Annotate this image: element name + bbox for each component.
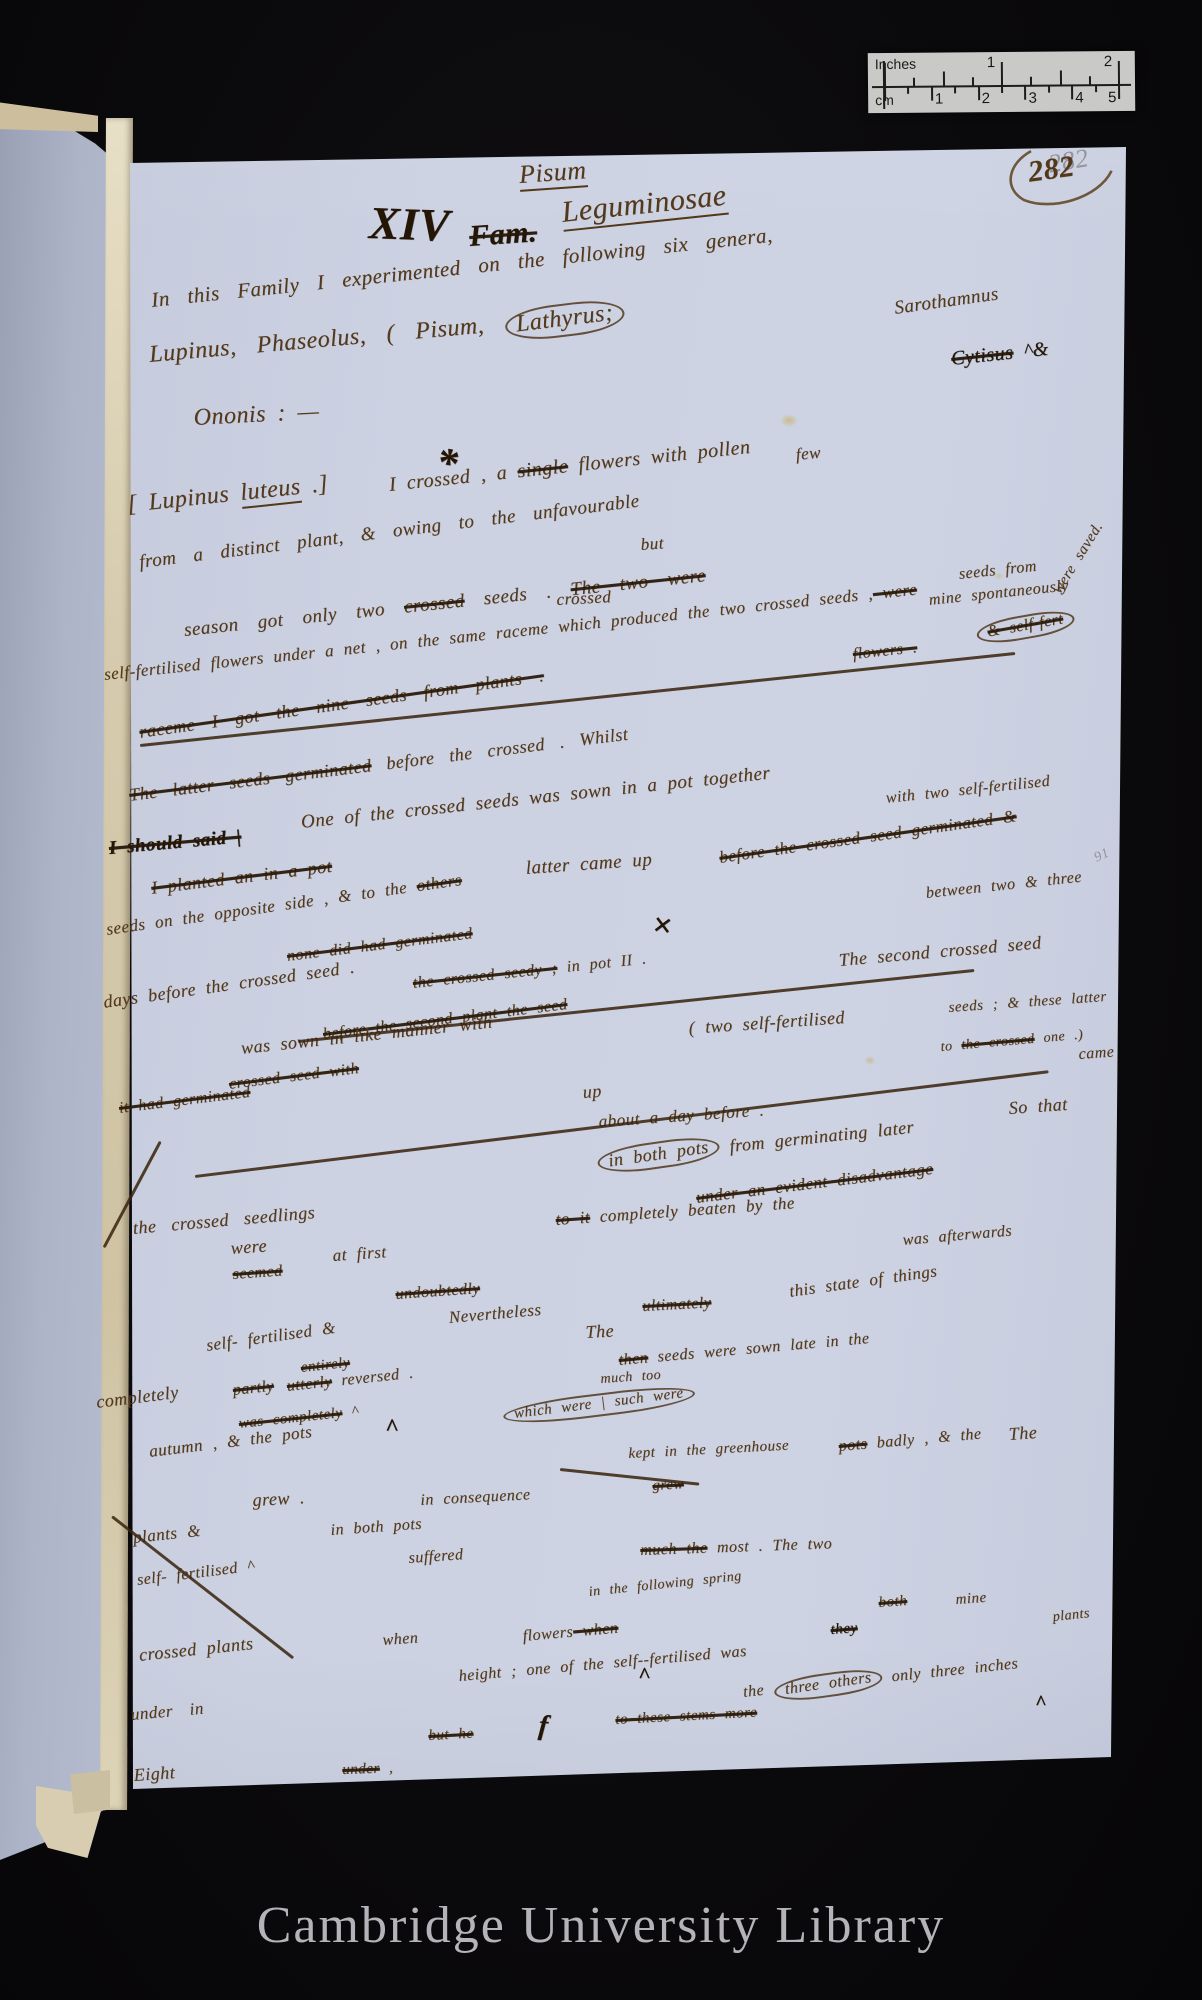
manuscript-line: the three others only three inches (742, 1653, 1020, 1706)
manuscript-line: Nevertheless (448, 1300, 542, 1328)
manuscript-line: [ Lupinus luteus .] (126, 471, 330, 519)
manuscript-line: under in (130, 1699, 205, 1725)
manuscript-text-segment: the (742, 1681, 774, 1701)
manuscript-text-segment: ultimately (642, 1294, 712, 1315)
manuscript-text-segment: Lupinus, Phaseolus, ( Pisum, (148, 311, 505, 368)
manuscript-line: height ; one of the self--fertilised was (458, 1643, 748, 1686)
ink-strike-stroke (298, 969, 975, 1043)
manuscript-text-segment: badly , & the (867, 1426, 983, 1453)
ruler-cm-tick (1024, 86, 1026, 100)
manuscript-text-segment: flowers . (852, 639, 918, 663)
manuscript-text-segment: the crossed seedlings (132, 1202, 316, 1238)
ruler-inch-tick (1030, 77, 1032, 86)
handwriting-layer: PisumXIVFam.LeguminosaeIn this Family I … (0, 0, 1202, 2000)
ruler-inches-label: Inches (875, 56, 916, 72)
manuscript-line: Eight (133, 1762, 176, 1786)
manuscript-text-segment: plants (1052, 1606, 1091, 1625)
manuscript-text-segment: seemed (232, 1263, 283, 1283)
manuscript-line: Ononis : — (193, 398, 320, 432)
manuscript-text-segment: crossed (403, 591, 466, 618)
manuscript-text-segment: mine (955, 1590, 987, 1608)
ruler-inch-tick (1059, 70, 1061, 85)
ruler-cm-tick (931, 87, 933, 101)
manuscript-text-segment: before the crossed . Whilst (370, 724, 629, 775)
manuscript-text-segment: which were | such were (502, 1382, 696, 1428)
manuscript-text-segment: ^ (1035, 1692, 1047, 1714)
manuscript-text-segment: partly (232, 1378, 275, 1399)
manuscript-line: mine (955, 1590, 987, 1609)
manuscript-text-segment: ^ (341, 1403, 359, 1421)
manuscript-text-segment: luteus (239, 474, 302, 509)
manuscript-text-segment: crossed plants (138, 1633, 254, 1665)
manuscript-line: autumn , & the pots (148, 1422, 313, 1462)
ruler-cm-tick (1048, 86, 1050, 93)
manuscript-text-segment: undoubtedly (395, 1280, 481, 1303)
manuscript-line: with two self-fertilised (885, 773, 1051, 808)
manuscript-line: few (795, 443, 822, 465)
manuscript-line: they (830, 1620, 858, 1639)
manuscript-text-segment: completely beaten by the (589, 1193, 795, 1226)
manuscript-text-segment: the crossed seedy ; (412, 960, 558, 992)
manuscript-text-segment: I should said | (108, 826, 242, 858)
manuscript-line: flowers when (522, 1620, 619, 1646)
manuscript-text-segment: season got only two (183, 597, 405, 641)
ruler-cm-number: 5 (1108, 89, 1116, 106)
ruler-cm-tick (907, 87, 909, 94)
manuscript-text-segment: were (872, 580, 918, 604)
manuscript-line: ultimately (642, 1294, 712, 1316)
manuscript-text-segment: The (585, 1321, 615, 1342)
manuscript-text-segment: × (650, 906, 675, 945)
manuscript-text-segment: 282 (1026, 150, 1077, 189)
manuscript-text-segment: flowers (522, 1624, 574, 1645)
manuscript-line: was afterwards (902, 1222, 1013, 1249)
manuscript-text-segment: & self-fert (975, 607, 1076, 648)
manuscript-line: but (640, 533, 665, 555)
manuscript-line: to it completely beaten by the (555, 1193, 795, 1230)
manuscript-text-segment: Pisum (518, 155, 588, 192)
manuscript-line: f (537, 1710, 550, 1743)
manuscript-text-segment: when (572, 1620, 619, 1641)
ruler-cm-number: 1 (935, 91, 943, 108)
manuscript-line: both (878, 1593, 908, 1612)
manuscript-text-segment: .] (299, 471, 329, 500)
manuscript-line: I should said | (108, 826, 242, 859)
manuscript-line: much too (600, 1368, 662, 1388)
page-number-ink: 282 (1026, 150, 1077, 190)
manuscript-text-segment: were (230, 1235, 268, 1257)
manuscript-line: came (1078, 1044, 1115, 1064)
manuscript-text-segment: much the (640, 1540, 708, 1559)
manuscript-text-segment: most . The two (707, 1535, 832, 1556)
manuscript-line: plants & (132, 1521, 202, 1548)
manuscript-text-segment: but (640, 533, 665, 554)
manuscript-text-segment: completely (95, 1382, 180, 1412)
manuscript-text-segment: latter came up (525, 849, 653, 879)
ruler-cm-number: 4 (1075, 89, 1083, 106)
ruler-inch-tick (1089, 76, 1091, 85)
ruler-inch-tick (972, 77, 974, 86)
manuscript-line: in consequence (420, 1486, 531, 1510)
manuscript-text-segment: seeds . (463, 579, 571, 611)
manuscript-line: Cytisus ^& (950, 338, 1050, 371)
manuscript-line: So that (1008, 1094, 1068, 1119)
manuscript-line: flowers . (852, 639, 918, 664)
ruler-cm-number: 2 (982, 90, 990, 107)
manuscript-text-segment: only three inches (881, 1655, 1019, 1686)
manuscript-line: plants (1052, 1606, 1091, 1626)
manuscript-text-segment: to it (555, 1208, 591, 1229)
manuscript-line: The second crossed seed (838, 932, 1042, 971)
manuscript-line: the crossed seedy ; in pot II . (412, 950, 647, 992)
manuscript-text-segment: with two self-fertilised (885, 773, 1051, 807)
manuscript-text-segment: Lathyrus; (503, 296, 626, 343)
manuscript-text-segment: Sarothamnus (893, 283, 1000, 318)
manuscript-line: were saved. (1050, 520, 1107, 598)
manuscript-text-segment: under in (130, 1699, 205, 1724)
manuscript-text-segment: Nevertheless (448, 1300, 542, 1327)
ruler-cm-tick (884, 87, 886, 101)
ruler-inch-tick (942, 71, 944, 86)
manuscript-line: between two & three (925, 869, 1083, 903)
manuscript-text-segment: seeds were sown late in the (647, 1330, 870, 1366)
manuscript-text-segment: from germinating later (719, 1117, 915, 1157)
ruler-inch-number: 2 (1104, 53, 1112, 70)
measurement-ruler: Inches cm 1212345 (868, 51, 1136, 113)
manuscript-text-segment: autumn , & the pots (148, 1422, 313, 1461)
manuscript-line: the crossed seedlings (132, 1202, 316, 1239)
manuscript-line: Lupinus, Phaseolus, ( Pisum, Lathyrus; (148, 298, 625, 372)
manuscript-line: under , (342, 1760, 394, 1779)
ruler-cm-tick (1095, 85, 1097, 92)
manuscript-line: when (382, 1630, 419, 1650)
manuscript-text-segment: suffered (408, 1546, 464, 1567)
manuscript-line: mine spontaneously (928, 577, 1070, 610)
manuscript-line: seeds ; & these latter (948, 989, 1107, 1017)
manuscript-line: XIV (368, 196, 451, 252)
manuscript-text-segment: seeds from (958, 558, 1038, 583)
manuscript-line: to the crossed one .) (940, 1028, 1084, 1056)
manuscript-text-segment: to these stems more (615, 1705, 757, 1728)
manuscript-text-segment: this state of things (788, 1261, 938, 1301)
manuscript-line: seeds from (958, 558, 1038, 584)
manuscript-text-segment: up (582, 1081, 602, 1102)
manuscript-text-segment: between two & three (925, 869, 1083, 902)
manuscript-text-segment: much too (600, 1368, 662, 1387)
manuscript-text-segment: utterly (286, 1373, 333, 1395)
manuscript-text-segment: single (516, 455, 569, 482)
manuscript-text-segment: flowers with pollen (567, 436, 752, 477)
manuscript-line: partly (232, 1378, 275, 1400)
manuscript-text-segment: days before the crossed seed . (102, 957, 356, 1012)
manuscript-line: In this Family I experimented on the fol… (150, 223, 774, 313)
manuscript-text-segment: but he (428, 1726, 474, 1744)
manuscript-text-segment: two self-fertilised (694, 1007, 845, 1037)
manuscript-text-segment: ^& (1012, 338, 1050, 364)
manuscript-text-segment: f (537, 1710, 549, 1742)
manuscript-line: suffered (408, 1546, 464, 1568)
ruler-inch-tick (884, 63, 886, 87)
manuscript-text-segment: The latter seeds germinated (128, 755, 373, 805)
manuscript-text-segment: came (1078, 1044, 1115, 1063)
manuscript-text-segment: the crossed (961, 1032, 1035, 1053)
manuscript-text-segment: ^ (385, 1415, 399, 1441)
manuscript-line: in the following spring (588, 1569, 743, 1601)
manuscript-line: kept in the greenhouse (628, 1438, 789, 1463)
manuscript-line: completely (95, 1382, 180, 1413)
ruler-cm-tick (1071, 85, 1073, 99)
manuscript-text-segment: to (940, 1038, 962, 1055)
manuscript-text-segment: they (830, 1620, 858, 1638)
ruler-cm-number: 3 (1028, 90, 1036, 107)
manuscript-line: to these stems more (615, 1705, 758, 1729)
manuscript-line: × (650, 906, 675, 946)
manuscript-text-segment: in consequence (420, 1486, 531, 1509)
manuscript-text-segment: were saved. (1050, 520, 1106, 597)
manuscript-line: ( two self-fertilised (688, 1007, 846, 1039)
manuscript-line: pots badly , & the (838, 1426, 982, 1456)
manuscript-text-segment: was afterwards (902, 1222, 1013, 1248)
manuscript-line: much the most . The two (640, 1535, 833, 1560)
manuscript-line: days before the crossed seed . (102, 957, 356, 1013)
manuscript-text-segment: before the crossed seed germinated & (718, 806, 1018, 867)
manuscript-line: were (230, 1235, 268, 1258)
manuscript-text-segment: in both pots (330, 1516, 423, 1539)
manuscript-text-segment: in pot II . (556, 950, 647, 976)
manuscript-text-segment: when (382, 1630, 419, 1649)
ruler-inch-tick (1118, 61, 1120, 85)
ruler-cm-tick (1001, 86, 1003, 93)
manuscript-text-segment: Cytisus (950, 341, 1014, 369)
manuscript-line: before the crossed seed germinated & (718, 806, 1018, 868)
manuscript-text-segment: in both pots (596, 1133, 722, 1177)
manuscript-line: but he (428, 1726, 474, 1745)
manuscript-line: then seeds were sown late in the (618, 1330, 870, 1370)
manuscript-line: in both pots (330, 1516, 423, 1540)
manuscript-line: & self-fert (975, 608, 1076, 646)
manuscript-line: at first (332, 1242, 387, 1266)
manuscript-line: ^ (1035, 1692, 1047, 1715)
manuscript-text-segment: pots (838, 1436, 868, 1455)
manuscript-text-segment: grew . (252, 1487, 305, 1510)
manuscript-line: self- fertilised & (205, 1318, 337, 1356)
manuscript-text-segment: The (1008, 1422, 1038, 1444)
manuscript-text-segment: one .) (1034, 1028, 1084, 1047)
manuscript-text-segment: then (618, 1349, 649, 1369)
manuscript-line: grew . (252, 1487, 305, 1511)
manuscript-line: The (1008, 1422, 1038, 1445)
margin-note-pencil: 91 (1092, 846, 1112, 867)
manuscript-line: seemed (232, 1263, 283, 1284)
manuscript-line: Pisum (518, 155, 587, 190)
manuscript-text-segment: [ Lupinus (126, 480, 242, 518)
manuscript-line: this state of things (788, 1261, 939, 1302)
manuscript-text-segment: The second crossed seed (838, 932, 1042, 970)
manuscript-line: Sarothamnus (893, 283, 1000, 319)
manuscript-text-segment: seeds ; & these latter (948, 989, 1107, 1016)
ruler-inch-number: 1 (987, 54, 995, 71)
manuscript-line: which were | such were (502, 1385, 696, 1425)
manuscript-text-segment: in the following spring (588, 1569, 742, 1600)
manuscript-text-segment: , (379, 1760, 393, 1776)
manuscript-line: self- fertilised ^ (136, 1558, 256, 1590)
manuscript-text-segment: raceme I got the nine seeds from plants … (138, 665, 545, 742)
manuscript-text-segment: self- fertilised & (205, 1318, 337, 1355)
manuscript-text-segment: 91 (1092, 846, 1112, 866)
manuscript-text-segment: Ononis : — (193, 398, 320, 431)
manuscript-line: none did had germinated (286, 925, 474, 966)
ruler-cm-tick (1118, 85, 1120, 99)
manuscript-text-segment: The two were (570, 565, 707, 600)
manuscript-text-segment: others (415, 870, 463, 895)
manuscript-line: ^ (385, 1415, 399, 1442)
ruler-inch-tick (913, 78, 915, 87)
manuscript-line: crossed plants (138, 1633, 254, 1666)
manuscript-text-segment: So that (1008, 1094, 1068, 1118)
manuscript-text-segment: Eight (133, 1762, 176, 1785)
manuscript-text-segment: mine spontaneously (928, 577, 1070, 609)
manuscript-photo: PisumXIVFam.LeguminosaeIn this Family I … (0, 0, 1202, 2000)
manuscript-text-segment: at first (332, 1242, 387, 1265)
ruler-inch-tick (1001, 62, 1003, 86)
manuscript-line: it had germinated (118, 1084, 251, 1118)
manuscript-text-segment: In this Family I experimented on the fol… (150, 223, 774, 312)
manuscript-text-segment: under (342, 1761, 380, 1778)
manuscript-line: up (582, 1081, 602, 1103)
manuscript-line: latter came up (525, 849, 653, 880)
manuscript-text-segment: height ; one of the self--fertilised was (458, 1643, 747, 1685)
manuscript-text-segment: plants & (132, 1521, 202, 1547)
manuscript-line: raceme I got the nine seeds from plants … (138, 665, 545, 743)
manuscript-line: The (585, 1321, 615, 1343)
manuscript-text-segment: both (878, 1593, 908, 1611)
ruler-cm-tick (978, 86, 980, 100)
manuscript-text-segment: kept in the greenhouse (628, 1438, 789, 1462)
manuscript-text-segment: few (795, 443, 822, 464)
manuscript-text-segment: three others (772, 1666, 884, 1705)
manuscript-text-segment: XIV (368, 197, 450, 251)
manuscript-line: undoubtedly (395, 1280, 481, 1304)
library-caption: Cambridge University Library (0, 1896, 1202, 1955)
manuscript-text-segment: none did had germinated (286, 925, 474, 965)
manuscript-text-segment: it had germinated (118, 1084, 251, 1117)
ruler-cm-tick (954, 86, 956, 93)
